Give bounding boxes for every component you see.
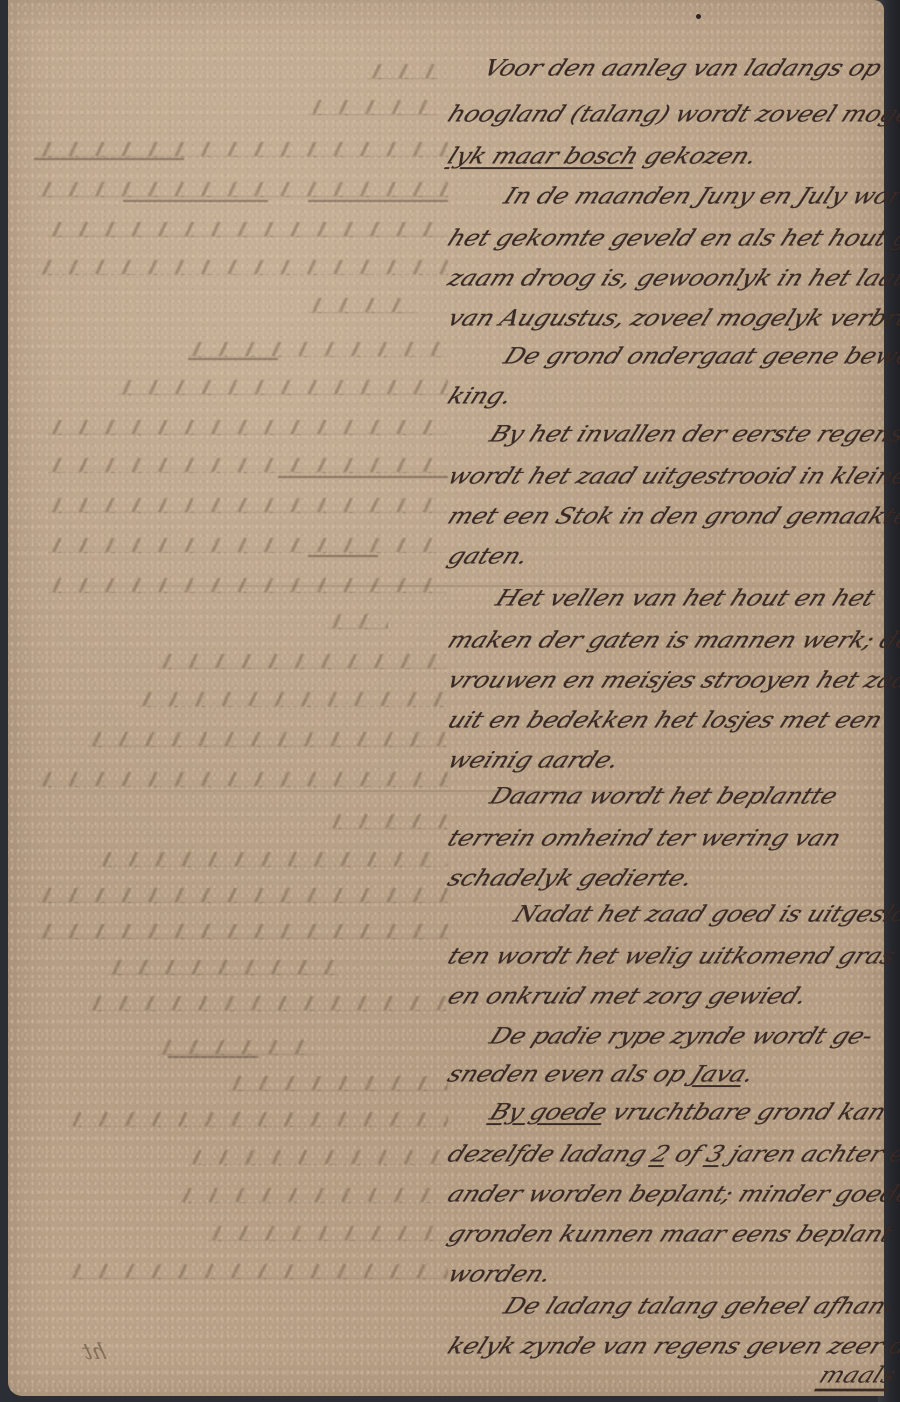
underlined-word-java: Java — [687, 1061, 750, 1087]
text-line: ander worden beplant; minder goede — [444, 1181, 900, 1207]
text-line: king. — [444, 383, 516, 409]
text-line: De padie rype zynde wordt ge- — [486, 1023, 877, 1049]
text-line: met een Stok in den grond gemaakte — [444, 503, 900, 529]
ghost-line — [118, 380, 448, 395]
ghost-underline — [168, 1056, 258, 1058]
ghost-line — [48, 222, 448, 237]
ghost-line — [328, 814, 448, 829]
ghost-line — [38, 772, 448, 787]
text-line: kelyk zynde van regens geven zeer dik — [444, 1333, 900, 1359]
text-line: dezelfde ladang 2 of 3 jaren achter elk- — [444, 1141, 900, 1167]
text-line: De ladang talang geheel afhan- — [500, 1293, 898, 1319]
ghost-line — [368, 64, 438, 79]
ghost-line — [208, 1226, 448, 1241]
text-line: De grond ondergaat geene bewer- — [500, 343, 900, 369]
text-line: maken der gaten is mannen werk; de — [444, 627, 900, 653]
ghost-page-mark: ht — [80, 1340, 110, 1365]
ghost-line — [308, 298, 418, 313]
manuscript-text: Voor den aanleg van ladangs op hoogland … — [440, 0, 880, 1396]
text-line: ten wordt het welig uitkomend gras — [444, 943, 899, 969]
underlined-number: 3 — [702, 1141, 728, 1167]
ghost-underline — [308, 200, 448, 202]
ghost-line — [98, 852, 448, 867]
ghost-line — [158, 654, 448, 669]
text-line: sneden even als op Java. — [444, 1061, 758, 1087]
text-line: gaten. — [444, 543, 533, 569]
text-line: By goede vruchtbare grond kan — [486, 1099, 890, 1125]
ghost-line — [188, 342, 448, 357]
text-line: schadelyk gedierte. — [444, 865, 697, 891]
ghost-line — [308, 100, 438, 115]
ghost-line — [178, 1188, 448, 1203]
catchword: maals — [814, 1362, 900, 1392]
ghost-line — [48, 578, 448, 593]
ghost-line — [48, 498, 448, 513]
text-line: Voor den aanleg van ladangs op — [480, 55, 886, 81]
ghost-line — [48, 420, 448, 435]
ghost-line — [188, 1150, 448, 1165]
underlined-phrase: By goede — [486, 1099, 611, 1125]
ghost-line — [48, 458, 448, 473]
underlined-phrase: lyk maar bosch — [444, 143, 643, 169]
text-line: lyk maar bosch gekozen. — [444, 143, 761, 169]
ghost-line — [38, 924, 448, 939]
text-line: Daarna wordt het beplantte — [486, 783, 841, 809]
text-line: en onkruid met zorg gewied. — [444, 983, 811, 1009]
text-line: van Augustus, zoveel mogelyk verbrand. — [444, 305, 900, 331]
text-line: uit en bedekken het losjes met een — [444, 707, 886, 733]
ghost-line — [38, 260, 448, 275]
text-line: In de maanden Juny en July word — [500, 183, 900, 209]
ghost-line — [88, 996, 448, 1011]
ghost-underline — [123, 200, 268, 202]
text-line: zaam droog is, gewoonlyk in het laatst — [444, 265, 900, 291]
text-line: gronden kunnen maar eens beplant — [444, 1221, 897, 1247]
ghost-line — [38, 182, 448, 197]
ghost-line — [68, 1264, 448, 1279]
ghost-underline — [188, 358, 278, 360]
ghost-line — [328, 614, 388, 629]
text-line: By het invallen der eerste regens — [486, 421, 900, 447]
text-line: worden. — [444, 1261, 556, 1287]
ghost-underline — [278, 476, 448, 478]
text-line: weinig aarde. — [444, 747, 623, 773]
text-line: Nadat het zaad goed is uitgeslo- — [510, 901, 900, 927]
ghost-line — [228, 1076, 448, 1091]
text-line: het gekomte geveld en als het hout genoe… — [444, 225, 900, 251]
text-line: wordt het zaad uitgestrooid in kleine — [444, 463, 900, 489]
underlined-number: 2 — [648, 1141, 674, 1167]
ghost-line — [138, 692, 448, 707]
bleed-through-area: ht — [28, 0, 448, 1396]
text-line: Het vellen van het hout en het — [492, 585, 879, 611]
ghost-line — [38, 142, 448, 157]
ghost-line — [68, 1112, 448, 1127]
ghost-line — [88, 732, 448, 747]
ghost-line — [158, 1040, 318, 1055]
ghost-line — [108, 960, 338, 975]
ghost-line — [48, 538, 448, 553]
ghost-underline — [34, 158, 184, 160]
text-line: hoogland (talang) wordt zoveel moge- — [444, 101, 900, 127]
ghost-underline — [308, 555, 378, 557]
ghost-line — [38, 888, 448, 903]
text-line: vrouwen en meisjes strooyen het zaad — [444, 667, 900, 693]
text-line: terrein omheind ter wering van — [444, 825, 845, 851]
